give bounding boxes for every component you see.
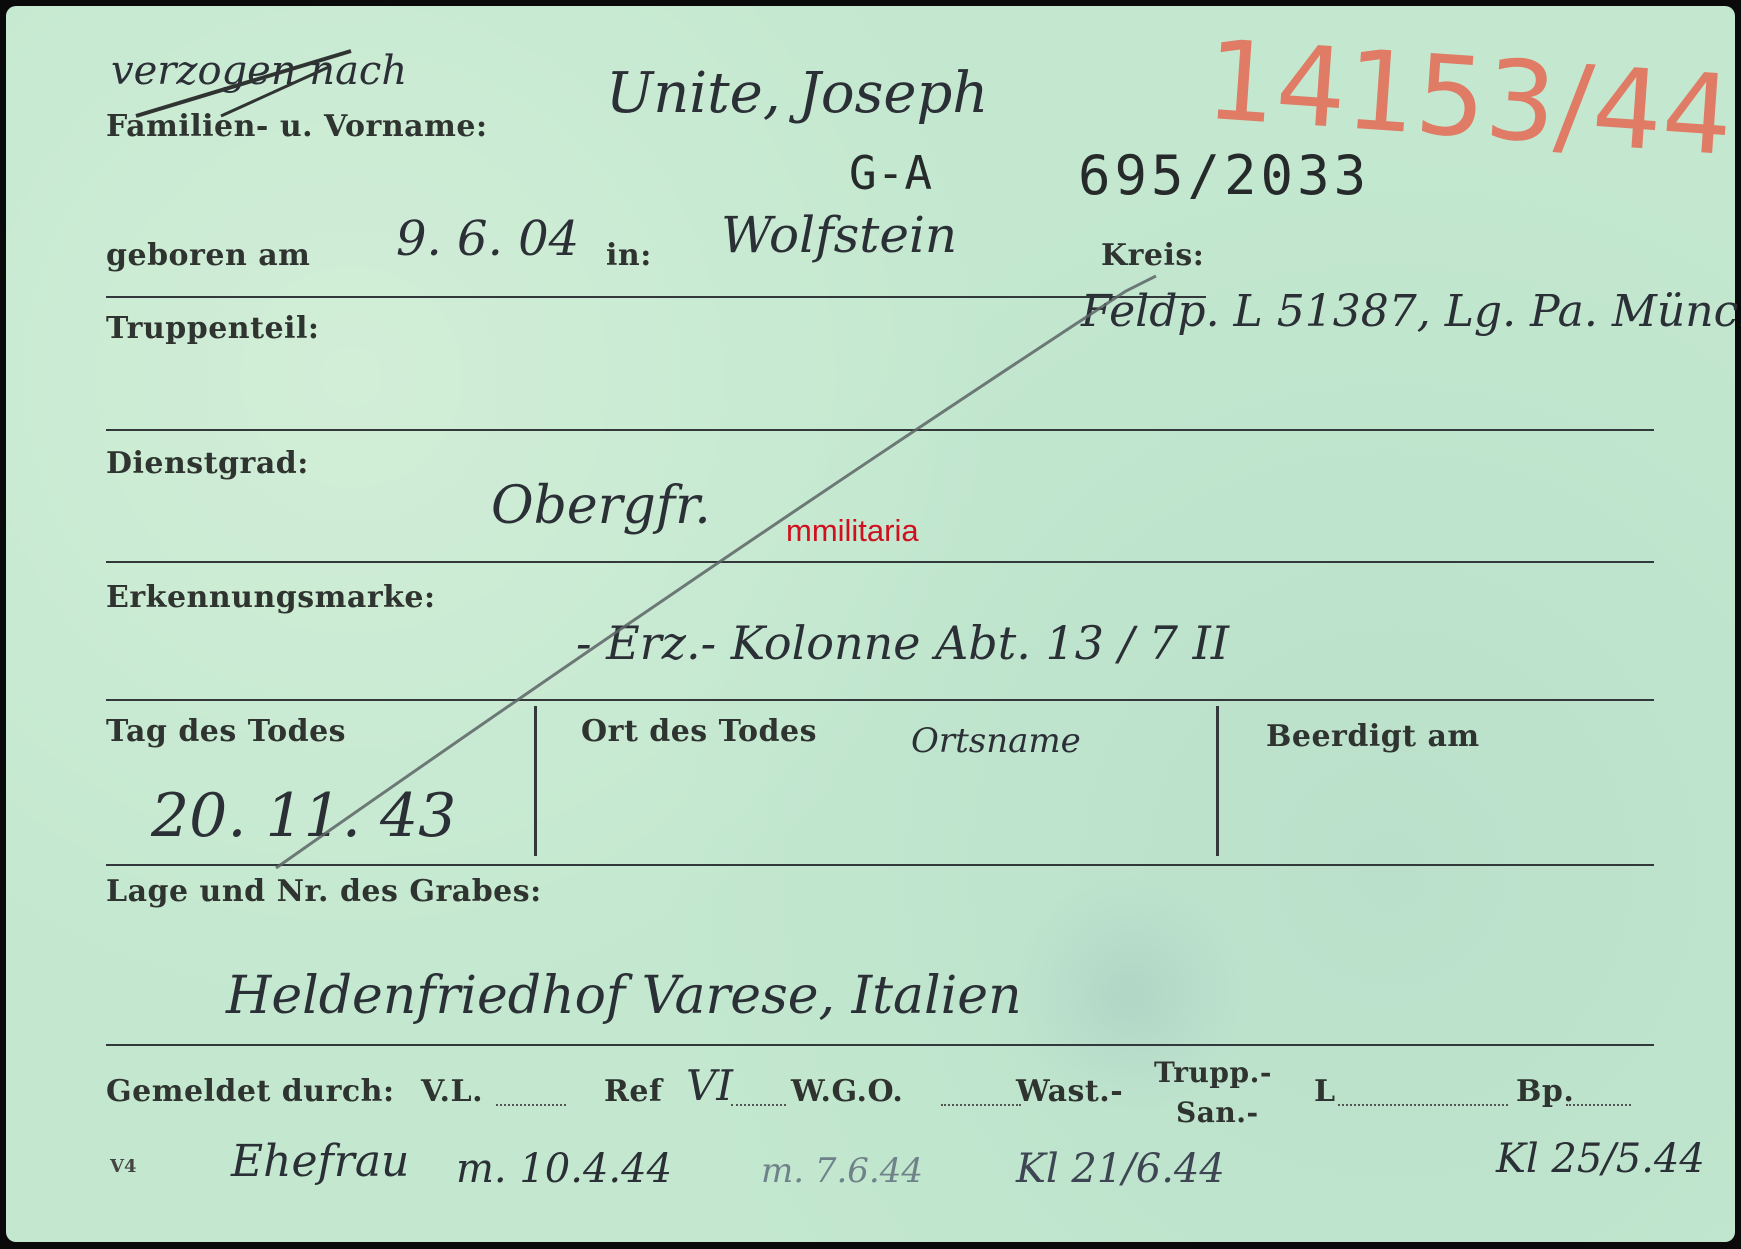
birth-place-label: in:	[606, 238, 652, 273]
rank-value: Obergfr.	[491, 476, 711, 536]
grave-value: Heldenfriedhof Varese, Italien	[226, 966, 1022, 1026]
rule-grave	[106, 1044, 1654, 1046]
divider-burial	[1216, 706, 1219, 856]
form-id: V4	[110, 1156, 137, 1177]
district-label: Kreis:	[1101, 238, 1204, 273]
index-card: verzogen nach Familien- u. Vorname: Unit…	[6, 6, 1735, 1242]
ref-dots	[731, 1104, 786, 1106]
note-1: m. 10.4.44	[456, 1146, 672, 1192]
rule-death	[106, 864, 1654, 866]
rank-label: Dienstgrad:	[106, 446, 309, 481]
note-4: Kl 25/5.44	[1496, 1136, 1705, 1182]
name-value: Unite, Joseph	[606, 61, 988, 126]
burial-label: Beerdigt am	[1266, 719, 1480, 754]
bp-dots	[1566, 1104, 1631, 1106]
l-label: L	[1314, 1074, 1336, 1109]
trupp-label: Trupp.-	[1154, 1056, 1272, 1089]
wgo-label: W.G.O.	[791, 1074, 903, 1109]
grave-label: Lage und Nr. des Grabes:	[106, 874, 542, 909]
typed-code: G-A	[849, 146, 932, 200]
unit-label: Truppenteil:	[106, 311, 319, 346]
death-place-value: Ortsname	[911, 721, 1081, 761]
wgo-dots	[941, 1104, 1021, 1106]
rule-unit	[106, 429, 1654, 431]
birth-date-label: geboren am	[106, 238, 310, 273]
vl-label: V.L.	[421, 1074, 483, 1109]
wast-label: Wast.-	[1016, 1074, 1123, 1109]
l-dots	[1338, 1104, 1508, 1106]
divider-death-date	[534, 706, 537, 856]
name-label: Familien- u. Vorname:	[106, 109, 488, 144]
vl-dots	[496, 1104, 566, 1106]
watermark: mmilitaria	[786, 513, 919, 549]
birth-place-value: Wolfstein	[721, 206, 957, 264]
id-tag-value: - Erz.- Kolonne Abt. 13 / 7 II	[576, 616, 1229, 670]
san-label: San.-	[1176, 1096, 1259, 1129]
death-place-label: Ort des Todes	[581, 714, 817, 749]
death-date-label: Tag des Todes	[106, 714, 346, 749]
ref-label: Ref	[604, 1074, 662, 1109]
note-3: Kl 21/6.44	[1016, 1146, 1225, 1192]
typed-number: 695/2033	[1078, 144, 1370, 207]
note-2: m. 7.6.44	[761, 1151, 923, 1191]
rule-rank	[106, 561, 1654, 563]
unit-value: Feldp. L 51387, Lg. Pa. München 2	[1081, 286, 1741, 337]
rule-id-tag	[106, 699, 1654, 701]
struck-handwriting: verzogen nach	[111, 48, 407, 94]
birth-date-value: 9. 6. 04	[396, 211, 579, 267]
death-date-value: 20. 11. 43	[151, 781, 456, 851]
source-value: Ehefrau	[231, 1136, 409, 1187]
reported-label: Gemeldet durch:	[106, 1074, 395, 1109]
rule-birth	[106, 296, 1206, 298]
id-tag-label: Erkennungsmarke:	[106, 580, 436, 615]
ref-value: VI	[686, 1061, 733, 1110]
